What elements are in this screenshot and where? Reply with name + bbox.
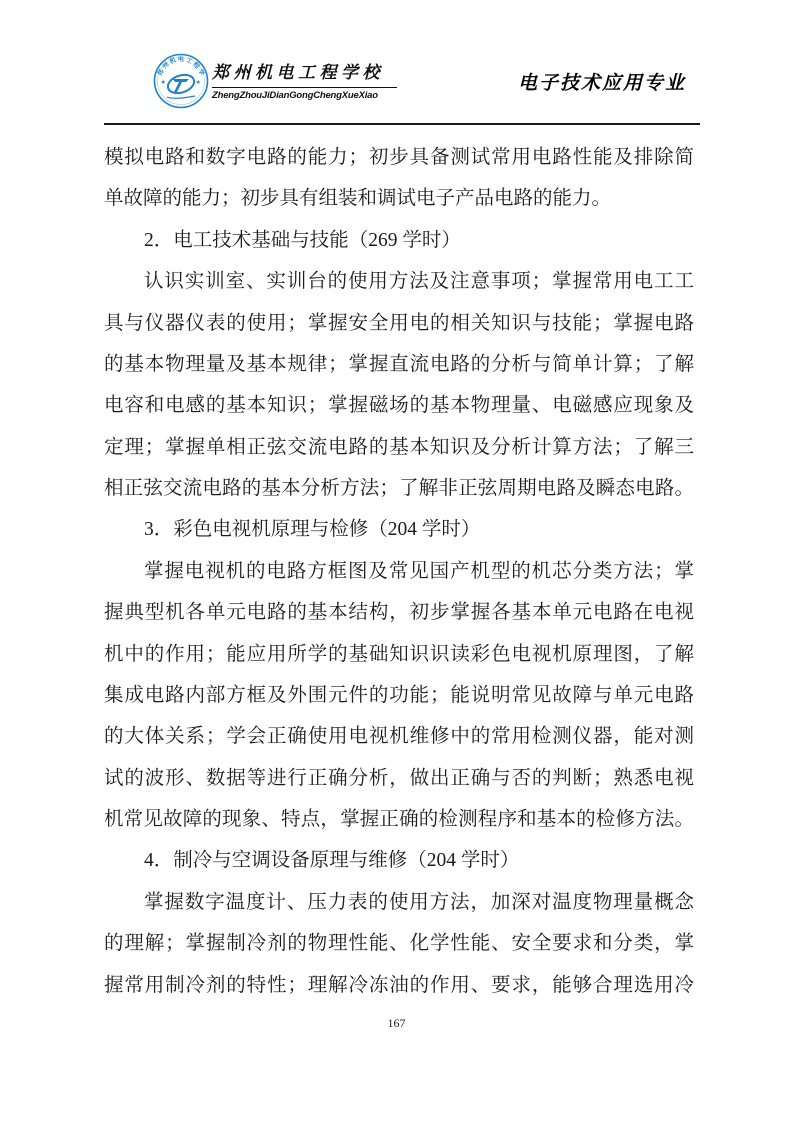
body-line: 定理；掌握单相正弦交流电路的基本知识及分析计算方法；了解三 [104, 427, 694, 468]
body-line: 模拟电路和数字电路的能力；初步具备测试常用电路性能及排除简 [104, 137, 694, 178]
school-logo: 郑州机电工程学校 ★ ★ [153, 53, 209, 109]
body-line: 集成电路内部方框及外围元件的功能；能说明常见故障与单元电路 [104, 675, 694, 716]
body-line: 的基本物理量及基本规律；掌握直流电路的分析与简单计算；了解 [104, 344, 694, 385]
body-line: 机常见故障的现象、特点，掌握正确的检测程序和基本的检修方法。 [104, 799, 694, 840]
major-title: 电子技术应用专业 [518, 68, 698, 95]
body-line: 握常用制冷剂的特性；理解冷冻油的作用、要求，能够合理选用冷 [104, 965, 694, 1006]
body-line: 具与仪器仪表的使用；掌握安全用电的相关知识与技能；掌握电路 [104, 303, 694, 344]
body-line: 试的波形、数据等进行正确分析，做出正确与否的判断；熟悉电视 [104, 758, 694, 799]
school-name-block: 郑州机电工程学校 ZhengZhouJiDianGongChengXueXiao [212, 58, 397, 101]
body-line: 电容和电感的基本知识；掌握磁场的基本物理量、电磁感应现象及 [104, 385, 694, 426]
school-pinyin: ZhengZhouJiDianGongChengXueXiao [212, 90, 397, 101]
body-line: 机中的作用；能应用所学的基础知识识读彩色电视机原理图，了解 [104, 634, 694, 675]
header-divider [104, 123, 700, 125]
page-number: 167 [388, 1016, 406, 1030]
emblem-star-left: ★ [161, 79, 166, 86]
school-emblem-icon: 郑州机电工程学校 ★ ★ [153, 53, 209, 109]
body-line: 认识实训室、实训台的使用方法及注意事项；掌握常用电工工 [104, 261, 694, 302]
body-line: 单故障的能力；初步具有组装和调试电子产品电路的能力。 [104, 178, 694, 219]
page-footer: 167 [0, 1016, 793, 1031]
body-line: 握典型机各单元电路的基本结构，初步掌握各基本单元电路在电视 [104, 592, 694, 633]
emblem-star-right: ★ [196, 79, 201, 86]
body-line: 掌握数字温度计、压力表的使用方法，加深对温度物理量概念 [104, 882, 694, 923]
document-body: 模拟电路和数字电路的能力；初步具备测试常用电路性能及排除简 单故障的能力；初步具… [104, 137, 694, 1006]
section-heading: 2．电工技术基础与技能（269 学时） [104, 220, 694, 261]
section-heading: 4．制冷与空调设备原理与维修（204 学时） [104, 840, 694, 881]
page-header: 郑州机电工程学校 ★ ★ 郑州机电工程学校 ZhengZhouJiDianGon… [0, 0, 793, 130]
body-line: 的大体关系；学会正确使用电视机维修中的常用检测仪器，能对测 [104, 716, 694, 757]
section-heading: 3．彩色电视机原理与检修（204 学时） [104, 509, 694, 550]
body-line: 相正弦交流电路的基本分析方法；了解非正弦周期电路及瞬态电路。 [104, 468, 694, 509]
document-page: 郑州机电工程学校 ★ ★ 郑州机电工程学校 ZhengZhouJiDianGon… [0, 0, 793, 1122]
body-line: 的理解；掌握制冷剂的物理性能、化学性能、安全要求和分类，掌 [104, 923, 694, 964]
school-name: 郑州机电工程学校 [212, 58, 397, 88]
body-line: 掌握电视机的电路方框图及常见国产机型的机芯分类方法；掌 [104, 551, 694, 592]
